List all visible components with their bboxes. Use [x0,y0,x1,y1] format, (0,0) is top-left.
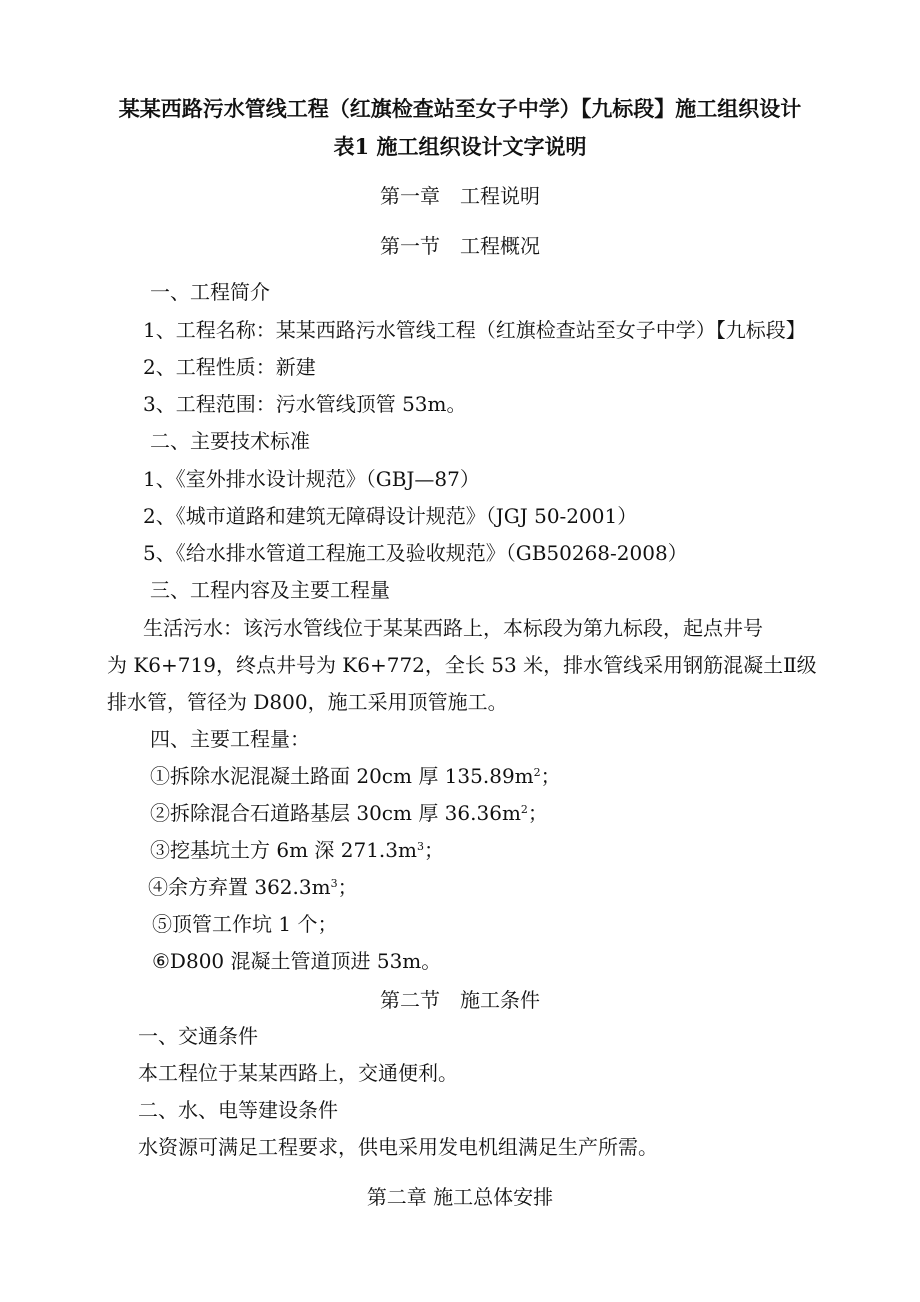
content-paragraph-line: 生活污水：该污水管线位于某某西路上，本标段为第九标段，起点井号 [143,616,763,640]
quantity-item: ③挖基坑土方 6m 深 271.3m3； [150,838,444,862]
content-paragraph-line: 排水管，管径为 D800，施工采用顶管施工。 [107,690,508,714]
standard-item: 1、《室外排水设计规范》（GBJ—87） [143,467,480,491]
utilities-text: 水资源可满足工程要求，供电采用发电机组满足生产所需。 [138,1135,658,1159]
standard-item: 2、《城市道路和建筑无障碍设计规范》（JGJ 50-2001） [143,504,637,528]
standard-item: 5、《给水排水管道工程施工及验收规范》（GB50268-2008） [143,541,688,565]
chapter-1-heading: 第一章 工程说明 [0,184,920,208]
document-subtitle: 表1 施工组织设计文字说明 [0,135,920,159]
chapter-2-heading: 第二章 施工总体安排 [0,1185,920,1209]
heading-standards: 二、主要技术标准 [150,429,310,453]
intro-item: 1、工程名称：某某西路污水管线工程（红旗检查站至女子中学）【九标段】 [143,318,806,342]
intro-item: 3、工程范围：污水管线顶管 53m。 [143,392,467,416]
quantity-item: ②拆除混合石道路基层 30cm 厚 36.36m2； [150,801,548,825]
heading-project-intro: 一、工程简介 [150,280,270,304]
heading-traffic: 一、交通条件 [138,1024,258,1048]
heading-quantities: 四、主要工程量： [150,727,310,751]
intro-item: 2、工程性质：新建 [143,355,316,379]
heading-utilities: 二、水、电等建设条件 [138,1098,338,1122]
content-paragraph-line: 为 K6+719，终点井号为 K6+772，全长 53 米，排水管线采用钢筋混凝… [107,653,817,677]
traffic-text: 本工程位于某某西路上，交通便利。 [138,1061,458,1085]
section-1-heading: 第一节 工程概况 [0,234,920,258]
heading-content: 三、工程内容及主要工程量 [150,578,390,602]
section-2-heading: 第二节 施工条件 [0,988,920,1012]
quantity-item: ⑤顶管工作坑 1 个； [152,912,337,936]
quantity-item: ④余方弃置 362.3m3； [148,875,358,899]
quantity-item: ①拆除水泥混凝土路面 20cm 厚 135.89m2； [150,764,561,788]
document-title: 某某西路污水管线工程（红旗检查站至女子中学）【九标段】施工组织设计 [0,97,920,121]
quantity-item: ⑥D800 混凝土管道顶进 53m。 [152,949,441,973]
